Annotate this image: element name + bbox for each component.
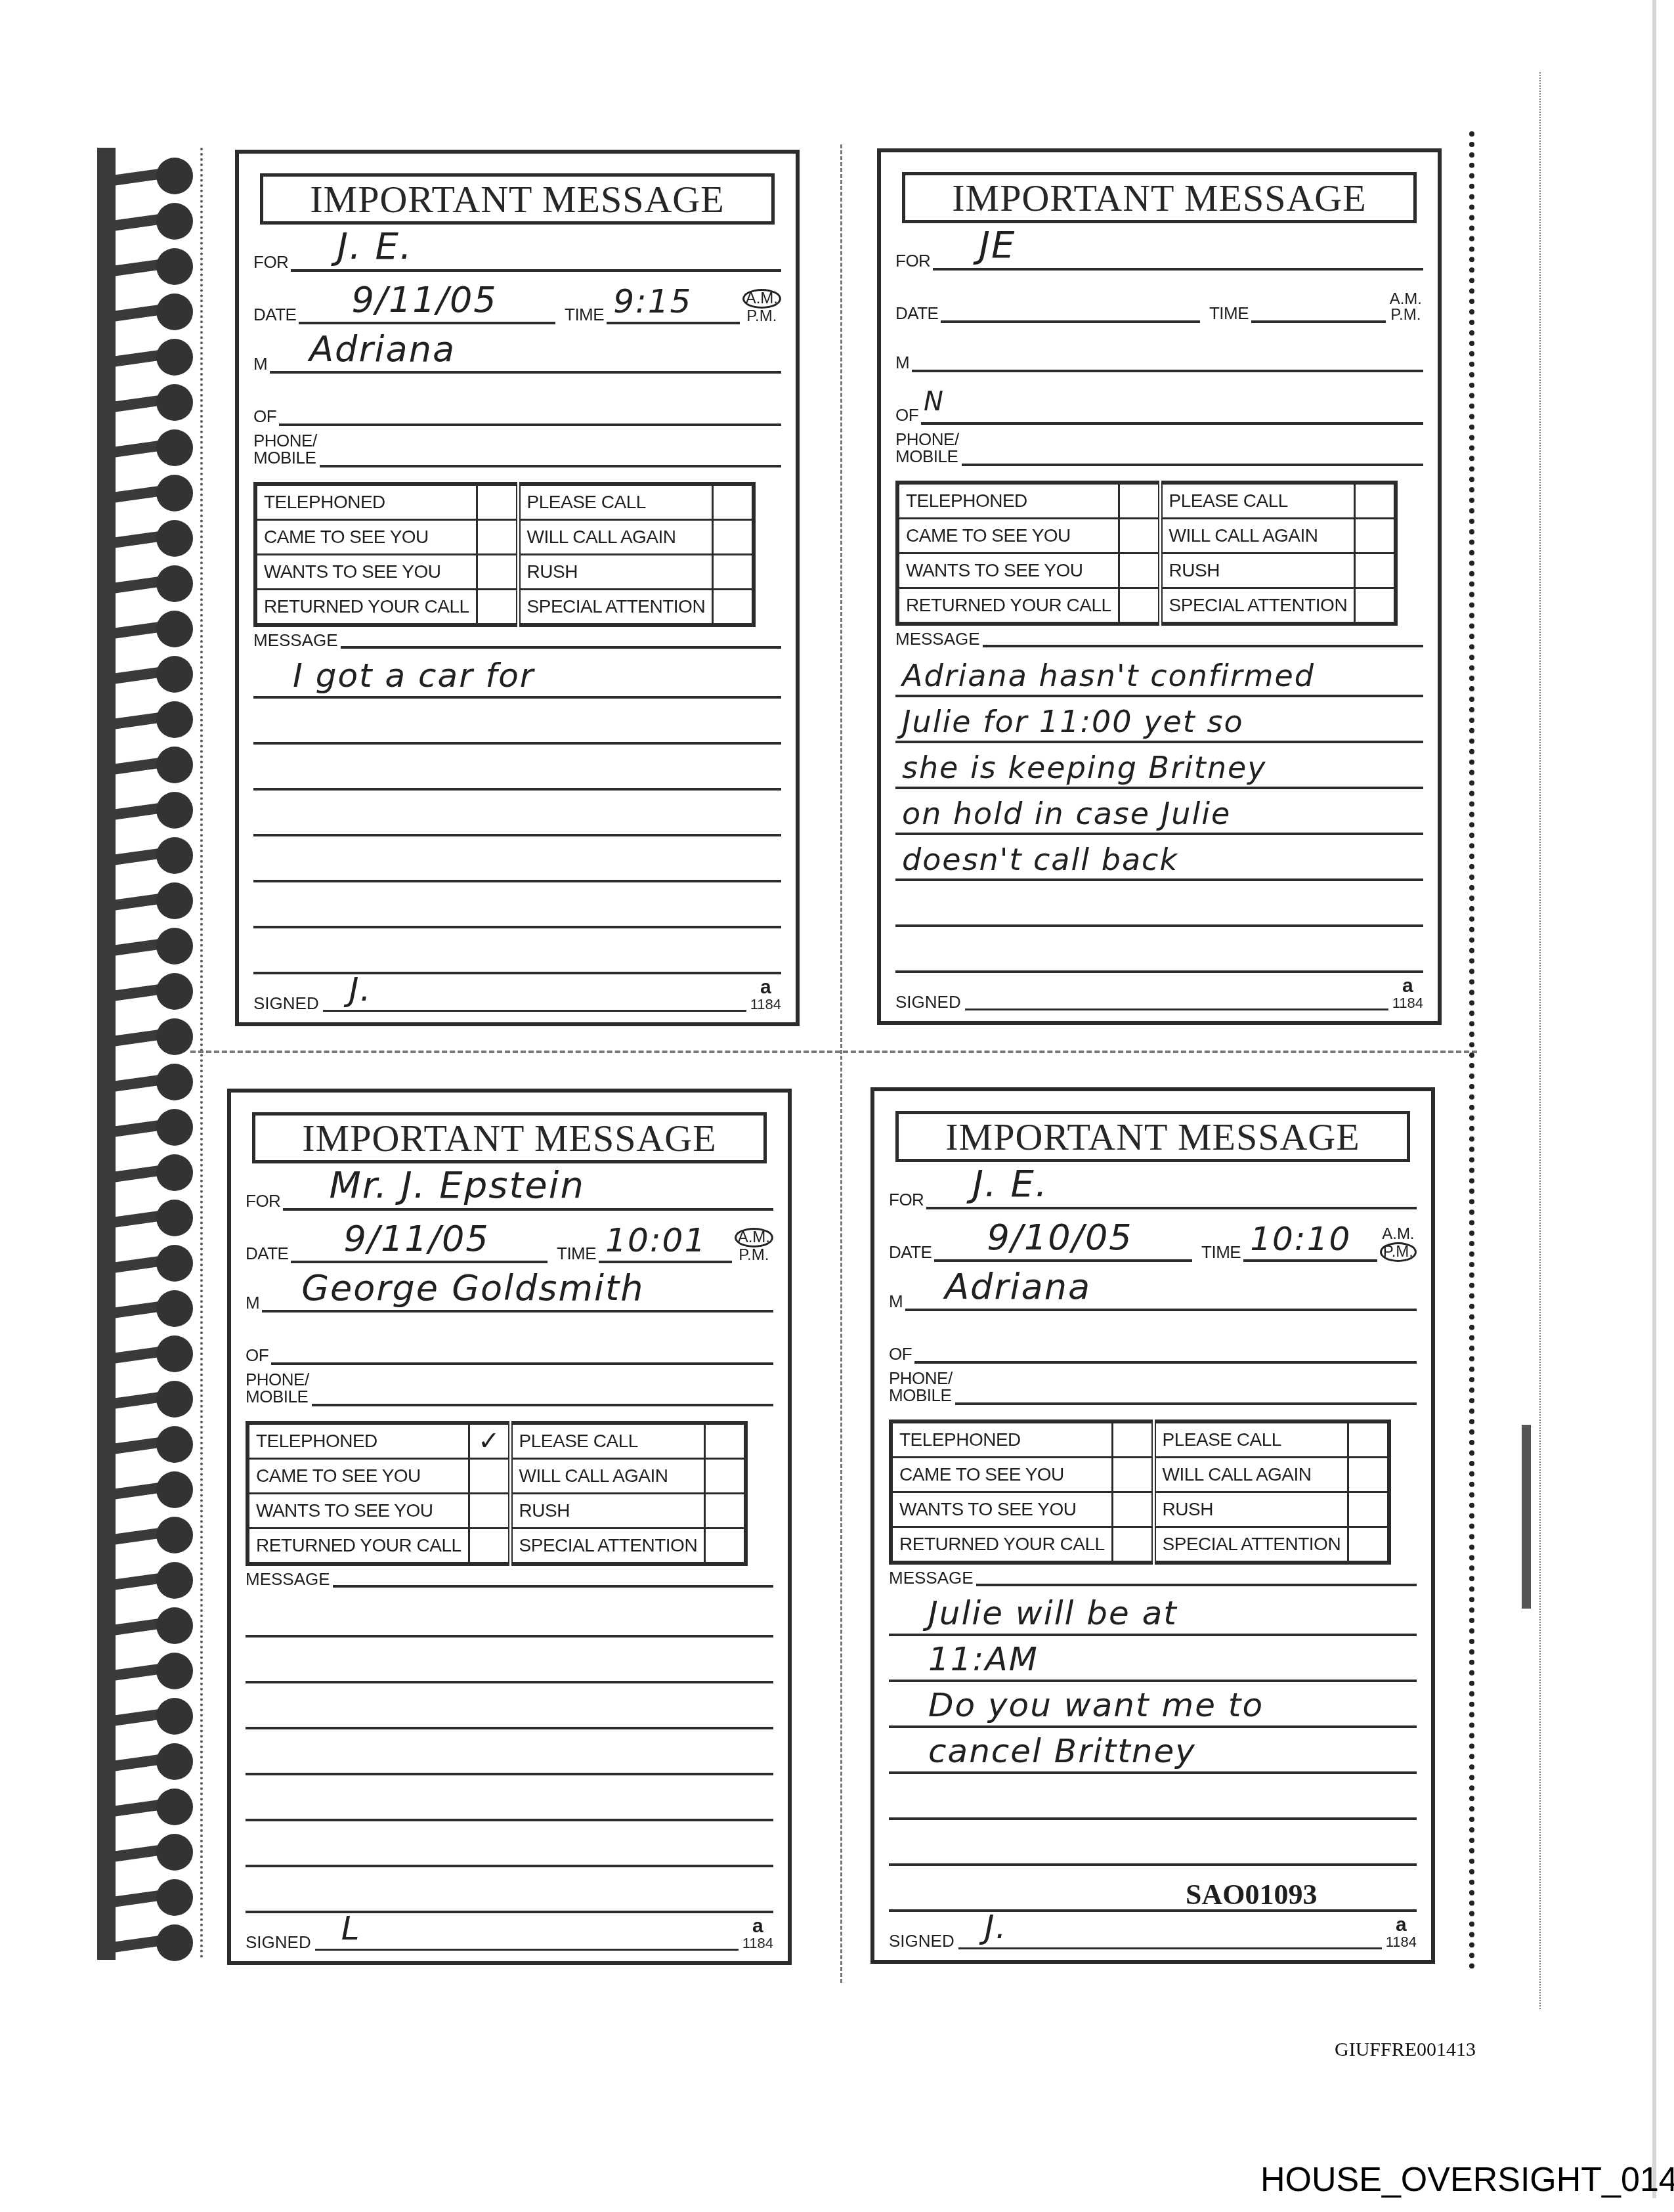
for-line: J. E. [926,1167,1417,1209]
checklist-label: CAME TO SEE YOU [891,1458,1112,1492]
checkbox-rush[interactable] [1355,553,1396,588]
checkbox-special-attention[interactable] [713,590,754,626]
checklist-label: PLEASE CALL [1153,1421,1348,1458]
phone-line [955,1363,1417,1405]
spiral-ring-icon [98,1109,187,1148]
checkbox-returned-your-call[interactable] [1119,588,1160,624]
message-label: MESSAGE [889,1569,974,1586]
checkbox-wants-to-see-you[interactable] [1119,553,1160,588]
checklist-label: PLEASE CALL [510,1423,705,1459]
message-line [246,1777,773,1821]
slip-header: IMPORTANT MESSAGE [252,1112,767,1163]
signed-value: J. [349,970,372,1008]
spiral-ring-icon [98,1607,187,1647]
checkbox-special-attention[interactable] [705,1529,746,1565]
scan-edge-line [1539,72,1541,2009]
spiral-ring-icon [98,520,187,559]
time-line [1251,274,1386,323]
phone-label-line2: MOBILE [246,1387,308,1406]
signed-field: SIGNED J. a 1184 [889,1910,1417,1949]
message-text: Julie will be at [928,1594,1178,1632]
message-line [253,792,781,836]
house-oversight-bates-number: HOUSE_OVERSIGHT_014271 [1260,2160,1674,2200]
for-field: FOR JE [895,231,1423,271]
signed-field: SIGNED J. a 1184 [253,972,781,1012]
spiral-ring-icon [98,1879,187,1919]
phone-field: PHONE/ MOBILE [889,1366,1417,1405]
m-field: M [895,333,1423,372]
checkbox-will-call-again[interactable] [705,1459,746,1494]
message-line: Adriana hasn't confirmed [895,653,1423,697]
time-label: TIME [557,1245,596,1263]
form-number: 1184 [1392,996,1423,1010]
of-label: OF [889,1345,912,1364]
date-line: 9/11/05 [291,1215,547,1263]
checkbox-special-attention[interactable] [1348,1527,1390,1563]
of-line [914,1322,1417,1364]
checklist-label: WANTS TO SEE YOU [891,1492,1112,1527]
message-field: MESSAGE [895,626,1423,647]
date-line [941,274,1200,323]
checkbox-please-call[interactable] [713,484,754,520]
m-value: Adriana [945,1266,1091,1307]
for-value: JE [979,224,1016,267]
am-option: A.M. [735,1228,773,1247]
message-text: on hold in case Julie [902,796,1231,831]
signed-line: J. [323,970,746,1012]
checkbox-returned-your-call[interactable] [1112,1527,1153,1563]
date-label: DATE [895,305,938,323]
phone-label-line2: MOBILE [889,1385,951,1405]
checklist-label: WILL CALL AGAIN [1160,519,1355,553]
message-line [253,930,781,974]
checklist-row: RETURNED YOUR CALLSPECIAL ATTENTION [247,1529,746,1565]
spiral-ring-icon [98,565,187,605]
checklist-label: SPECIAL ATTENTION [1153,1527,1348,1563]
date-line: 9/10/05 [934,1213,1192,1262]
time-label: TIME [1209,305,1249,323]
signed-label: SIGNED [253,995,319,1012]
date-time-field: DATE TIME A.M. P.M. [895,277,1423,323]
message-line [246,1823,773,1867]
message-text: cancel Brittney [928,1732,1196,1770]
message-field: MESSAGE [253,628,781,649]
spiral-ring-icon [98,203,187,242]
checklist-label: RETURNED YOUR CALL [891,1527,1112,1563]
signed-value: L [341,1909,361,1947]
date-time-field: DATE 9/10/05 TIME 10:10 A.M. P.M. [889,1216,1417,1262]
call-status-checklist: TELEPHONED✓PLEASE CALLCAME TO SEE YOUWIL… [246,1421,748,1566]
checklist-label: CAME TO SEE YOU [247,1459,469,1494]
of-field: OF [253,387,781,426]
date-value: 9/10/05 [987,1217,1132,1258]
slip-title: IMPORTANT MESSAGE [302,1116,716,1160]
checklist-row: CAME TO SEE YOUWILL CALL AGAIN [897,519,1396,553]
spiral-ring-icon [98,837,187,877]
spiral-ring-icon [98,1290,187,1330]
sao-bates-stamp: SAO01093 [1186,1878,1317,1911]
spiral-ring-icon [98,1154,187,1194]
date-label: DATE [246,1245,288,1263]
spiral-ring-icon [98,339,187,378]
checklist-row: WANTS TO SEE YOURUSH [247,1494,746,1529]
checkbox-came-to-see-you[interactable] [1112,1458,1153,1492]
am-option: A.M. [742,289,781,309]
message-line: Julie for 11:00 yet so [895,699,1423,743]
checklist-row: WANTS TO SEE YOURUSH [255,555,754,590]
time-label: TIME [565,306,604,324]
spiral-ring-icon [98,1200,187,1239]
for-field: FOR J. E. [253,232,781,272]
time-label: TIME [1201,1244,1241,1262]
time-line: 10:10 [1243,1213,1377,1262]
giuffre-bates-number: GIUFFRE001413 [1335,2039,1476,2061]
form-number: 1184 [1386,1935,1417,1949]
of-label: OF [246,1347,268,1365]
m-field: M George Goldsmith [246,1273,773,1312]
message-first-line [983,645,1423,647]
checkbox-telephoned[interactable] [1119,483,1160,519]
spiral-ring-icon [98,928,187,967]
m-label: M [246,1294,259,1312]
slip-title: IMPORTANT MESSAGE [952,176,1366,220]
slip-title: IMPORTANT MESSAGE [310,177,724,221]
spiral-ring-icon [98,1517,187,1556]
message-line [889,1867,1417,1912]
checkbox-will-call-again[interactable] [1348,1458,1390,1492]
pm-option: P.M. [1380,1242,1417,1262]
checkbox-came-to-see-you[interactable] [1119,519,1160,553]
signed-value: J. [985,1908,1008,1946]
message-line [253,884,781,928]
spiral-ring-icon [98,1426,187,1465]
message-text: Do you want me to [928,1686,1264,1724]
call-status-checklist: TELEPHONEDPLEASE CALLCAME TO SEE YOUWILL… [253,482,756,627]
date-value: 9/11/05 [343,1218,489,1259]
time-value: 10:01 [605,1221,706,1259]
spiral-ring-icon [98,1789,187,1828]
call-status-checklist: TELEPHONEDPLEASE CALLCAME TO SEE YOUWILL… [895,481,1398,626]
am-option: A.M. [1381,1226,1415,1242]
checklist-row: CAME TO SEE YOUWILL CALL AGAIN [255,520,754,555]
message-first-line [333,1585,773,1588]
spiral-ring-icon [98,1064,187,1103]
m-value: George Goldsmith [301,1267,644,1309]
phone-field: PHONE/ MOBILE [253,428,781,467]
of-value: N [924,387,945,417]
checklist-label: TELEPHONED [897,483,1119,519]
time-line: 9:15 [607,276,740,324]
checklist-row: TELEPHONEDPLEASE CALL [891,1421,1389,1458]
checklist-label: PLEASE CALL [518,484,713,520]
phone-line [320,425,781,467]
form-code: a 1184 [742,1917,773,1951]
of-line: N [921,383,1423,425]
signed-line: J. [958,1908,1382,1949]
checkbox-rush[interactable] [1348,1492,1390,1527]
message-line: 11:AM [889,1637,1417,1682]
checklist-label: CAME TO SEE YOU [255,520,477,555]
am-option: A.M. [1388,292,1423,307]
m-line: Adriana [270,332,781,374]
publisher-logo-icon: a [1396,1915,1407,1935]
checklist-row: TELEPHONEDPLEASE CALL [255,484,754,520]
scan-artifact-bar [1522,1425,1531,1609]
publisher-logo-icon: a [760,978,771,997]
date-time-field: DATE 9/11/05 TIME 9:15 A.M. P.M. [253,278,781,324]
for-value: Mr. J. Epstein [329,1164,584,1207]
checklist-label: TELEPHONED [247,1423,469,1459]
phone-label-line2: MOBILE [253,448,316,467]
checkbox-please-call[interactable] [1348,1421,1390,1458]
checkbox-telephoned[interactable]: ✓ [469,1423,510,1459]
of-line [271,1323,773,1365]
message-line: doesn't call back [895,836,1423,881]
spiral-ring-icon [98,1335,187,1375]
form-code: a 1184 [1386,1915,1417,1949]
message-line [895,882,1423,927]
message-line [253,746,781,791]
spiral-ring-icon [98,701,187,741]
message-label: MESSAGE [895,630,980,647]
signed-field: SIGNED a 1184 [895,971,1423,1010]
checklist-row: WANTS TO SEE YOURUSH [891,1492,1389,1527]
phone-label: PHONE/ MOBILE [889,1370,953,1405]
spiral-ring-icon [98,248,187,288]
signed-line [965,969,1388,1010]
spiral-ring-icon [98,429,187,469]
message-text: 11:AM [928,1640,1039,1678]
message-line [246,1639,773,1683]
spiral-ring-icon [98,1471,187,1511]
time-value: 10:10 [1250,1220,1351,1258]
checkbox-came-to-see-you[interactable] [469,1459,510,1494]
checklist-row: CAME TO SEE YOUWILL CALL AGAIN [891,1458,1389,1492]
pm-option: P.M. [737,1247,770,1263]
checkbox-will-call-again[interactable] [1355,519,1396,553]
message-line [246,1731,773,1775]
message-text: she is keeping Britney [902,750,1267,785]
message-line: Do you want me to [889,1683,1417,1728]
spiral-ring-icon [98,1743,187,1783]
message-line [889,1775,1417,1820]
message-label: MESSAGE [246,1571,330,1588]
phone-field: PHONE/ MOBILE [246,1367,773,1406]
publisher-logo-icon: a [752,1917,763,1936]
date-label: DATE [889,1244,932,1262]
checkbox-returned-your-call[interactable] [469,1529,510,1565]
checkbox-wants-to-see-you[interactable] [469,1494,510,1529]
checkbox-wants-to-see-you[interactable] [477,555,518,590]
checklist-label: WANTS TO SEE YOU [897,553,1119,588]
for-line: JE [933,228,1423,271]
m-line: Adriana [905,1269,1417,1311]
spiral-ring-icon [98,158,187,197]
checklist-row: TELEPHONEDPLEASE CALL [897,483,1396,519]
m-field: M Adriana [253,334,781,374]
checklist-label: RETURNED YOUR CALL [897,588,1119,624]
checkbox-telephoned[interactable] [1112,1421,1153,1458]
checklist-label: WANTS TO SEE YOU [247,1494,469,1529]
spiral-ring-icon [98,882,187,922]
form-code: a 1184 [1392,976,1423,1010]
message-slip-top-left: IMPORTANT MESSAGE FOR J. E. DATE 9/11/05… [235,150,800,1026]
checklist-label: SPECIAL ATTENTION [518,590,713,626]
perforation-vertical [840,144,842,1983]
date-time-field: DATE 9/11/05 TIME 10:01 A.M. P.M. [246,1217,773,1263]
spiral-ring-icon [98,973,187,1012]
checklist-label: PLEASE CALL [1160,483,1355,519]
for-label: FOR [895,252,930,271]
spiral-ring-icon [98,1562,187,1601]
spiral-ring-icon [98,611,187,650]
checkbox-will-call-again[interactable] [713,520,754,555]
phone-field: PHONE/ MOBILE [895,427,1423,466]
spiral-ring-icon [98,792,187,831]
spiral-ring-icon [98,475,187,514]
m-field: M Adriana [889,1272,1417,1311]
message-line [253,838,781,882]
m-line [912,330,1423,372]
spiral-ring-icon [98,1245,187,1284]
am-pm-selector: A.M. P.M. [1380,1226,1417,1262]
form-number: 1184 [750,997,781,1012]
spiral-ring-icon [98,1381,187,1420]
spiral-ring-icon [98,293,187,333]
message-line [246,1593,773,1637]
message-text: Julie for 11:00 yet so [902,704,1244,739]
signed-label: SIGNED [246,1934,311,1951]
signed-line: L [315,1909,739,1951]
message-line [253,700,781,745]
message-field: MESSAGE [246,1567,773,1588]
signed-field: SIGNED L a 1184 [246,1911,773,1951]
message-slip-bottom-right: IMPORTANT MESSAGE FOR J. E. DATE 9/10/05… [870,1087,1435,1964]
message-line: Julie will be at [889,1592,1417,1636]
message-first-line [976,1584,1417,1586]
message-line: on hold in case Julie [895,791,1423,835]
message-text: I got a car for [293,657,534,695]
checklist-label: RUSH [510,1494,705,1529]
signed-label: SIGNED [895,993,961,1010]
message-text: doesn't call back [902,842,1178,877]
scan-shadow [1652,0,1656,2198]
checklist-label: WILL CALL AGAIN [1153,1458,1348,1492]
checklist-label: RETURNED YOUR CALL [255,590,477,626]
date-label: DATE [253,306,296,324]
checkbox-special-attention[interactable] [1355,588,1396,624]
checkbox-wants-to-see-you[interactable] [1112,1492,1153,1527]
message-line [246,1869,773,1913]
form-number: 1184 [742,1936,773,1951]
message-line: cancel Brittney [889,1729,1417,1774]
message-label: MESSAGE [253,632,338,649]
checklist-label: RUSH [518,555,713,590]
checklist-label: SPECIAL ATTENTION [510,1529,705,1565]
spiral-ring-icon [98,1924,187,1964]
checkbox-came-to-see-you[interactable] [477,520,518,555]
phone-label-line2: MOBILE [895,446,958,466]
spiral-ring-icon [98,656,187,695]
for-label: FOR [889,1191,924,1209]
checkbox-returned-your-call[interactable] [477,590,518,626]
checklist-label: CAME TO SEE YOU [897,519,1119,553]
checkbox-telephoned[interactable] [477,484,518,520]
checklist-label: TELEPHONED [255,484,477,520]
spiral-ring-icon [98,747,187,786]
slip-header: IMPORTANT MESSAGE [895,1111,1410,1162]
of-label: OF [253,408,276,426]
for-line: Mr. J. Epstein [283,1169,773,1211]
m-line: George Goldsmith [262,1270,773,1312]
of-field: OF N [895,385,1423,425]
spiral-ring-icon [98,1653,187,1692]
time-value: 9:15 [613,282,692,320]
publisher-logo-icon: a [1402,976,1413,996]
message-slip-bottom-left: IMPORTANT MESSAGE FOR Mr. J. Epstein DAT… [227,1089,792,1965]
notebook-right-edge [1469,131,1474,1970]
for-value: J. E. [972,1163,1048,1205]
of-field: OF [889,1324,1417,1364]
checklist-label: WILL CALL AGAIN [510,1459,705,1494]
signed-label: SIGNED [889,1932,955,1949]
of-line [279,384,781,426]
message-line [895,928,1423,973]
checklist-row: RETURNED YOUR CALLSPECIAL ATTENTION [255,590,754,626]
checklist-label: TELEPHONED [891,1421,1112,1458]
for-field: FOR Mr. J. Epstein [246,1171,773,1211]
checklist-label: RUSH [1160,553,1355,588]
checklist-row: CAME TO SEE YOUWILL CALL AGAIN [247,1459,746,1494]
slip-header: IMPORTANT MESSAGE [260,173,775,225]
message-text: Adriana hasn't confirmed [902,658,1315,693]
checkbox-please-call[interactable] [1355,483,1396,519]
for-value: J. E. [337,225,412,268]
am-pm-selector: A.M. P.M. [735,1228,773,1263]
phone-label: PHONE/ MOBILE [895,431,959,466]
checklist-label: WILL CALL AGAIN [518,520,713,555]
call-status-checklist: TELEPHONEDPLEASE CALLCAME TO SEE YOUWILL… [889,1420,1391,1565]
message-line [889,1821,1417,1866]
date-line: 9/11/05 [299,276,555,324]
m-label: M [889,1293,903,1311]
notebook-edge [200,148,203,1960]
of-field: OF [246,1326,773,1365]
message-first-line [341,646,781,649]
form-code: a 1184 [750,978,781,1012]
perforation-horizontal [190,1051,1477,1053]
for-label: FOR [253,253,288,272]
message-line: I got a car for [253,654,781,699]
am-pm-selector: A.M. P.M. [1388,292,1423,323]
checklist-label: WANTS TO SEE YOU [255,555,477,590]
checklist-label: RETURNED YOUR CALL [247,1529,469,1565]
for-line: J. E. [291,230,781,272]
spiral-ring-icon [98,1834,187,1873]
m-label: M [895,354,909,372]
checklist-row: RETURNED YOUR CALLSPECIAL ATTENTION [891,1527,1389,1563]
checkbox-please-call[interactable] [705,1423,746,1459]
checkbox-rush[interactable] [713,555,754,590]
am-pm-selector: A.M. P.M. [742,289,781,324]
spiral-ring-icon [98,1698,187,1737]
m-value: Adriana [309,328,456,370]
checklist-row: TELEPHONED✓PLEASE CALL [247,1423,746,1459]
checkbox-rush[interactable] [705,1494,746,1529]
pm-option: P.M. [745,309,778,324]
phone-line [962,424,1423,466]
message-line: she is keeping Britney [895,745,1423,789]
